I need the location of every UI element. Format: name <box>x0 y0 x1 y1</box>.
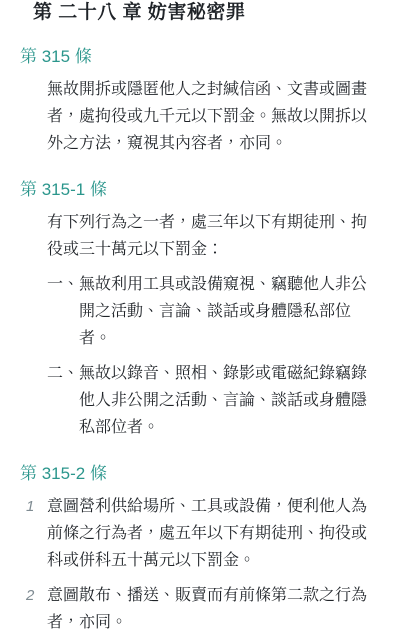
article-315-1-item-1: 一、 無故利用工具或設備窺視、竊聽他人非公開之活動、言論、談話或身體隱私部位者。 <box>20 271 373 352</box>
chapter-title: 第 二十八 章 妨害秘密罪 <box>33 2 373 24</box>
paragraph-number: 2 <box>26 582 34 609</box>
article-315-2-paragraph-2: 2 意圖散布、播送、販賣而有前條第二款之行為者，亦同。 <box>20 582 373 636</box>
article-heading-315-2[interactable]: 第 315-2 條 <box>20 463 373 485</box>
paragraph-text: 意圖散布、播送、販賣而有前條第二款之行為者，亦同。 <box>47 587 367 631</box>
article-heading-315[interactable]: 第 315 條 <box>20 46 373 68</box>
article-heading-315-1[interactable]: 第 315-1 條 <box>20 179 373 201</box>
cjk-item-marker: 一、 <box>47 271 79 352</box>
article-section-315-2: 第 315-2 條 1 意圖營利供給場所、工具或設備，便利他人為前條之行為者，處… <box>20 463 373 636</box>
article-315-2-paragraph-1: 1 意圖營利供給場所、工具或設備，便利他人為前條之行為者，處五年以下有期徒刑、拘… <box>20 493 373 574</box>
cjk-item-text: 無故以錄音、照相、錄影或電磁紀錄竊錄他人非公開之活動、言論、談話或身體隱私部位者… <box>79 360 373 441</box>
article-section-315-1: 第 315-1 條 有下列行為之一者，處三年以下有期徒刑、拘役或三十萬元以下罰金… <box>20 179 373 441</box>
law-article-page: 第 二十八 章 妨害秘密罪 第 315 條 無故開拆或隱匿他人之封緘信函、文書或… <box>0 0 395 636</box>
paragraph-number: 1 <box>26 493 34 520</box>
article-315-1-intro: 有下列行為之一者，處三年以下有期徒刑、拘役或三十萬元以下罰金： <box>20 209 373 263</box>
article-315-1-item-2: 二、 無故以錄音、照相、錄影或電磁紀錄竊錄他人非公開之活動、言論、談話或身體隱私… <box>20 360 373 441</box>
article-315-body: 無故開拆或隱匿他人之封緘信函、文書或圖畫者，處拘役或九千元以下罰金。無故以開拆以… <box>20 76 373 157</box>
article-section-315: 第 315 條 無故開拆或隱匿他人之封緘信函、文書或圖畫者，處拘役或九千元以下罰… <box>20 46 373 157</box>
cjk-item-marker: 二、 <box>47 360 79 441</box>
paragraph-text: 意圖營利供給場所、工具或設備，便利他人為前條之行為者，處五年以下有期徒刑、拘役或… <box>47 498 367 569</box>
cjk-item-text: 無故利用工具或設備窺視、竊聽他人非公開之活動、言論、談話或身體隱私部位者。 <box>79 271 373 352</box>
